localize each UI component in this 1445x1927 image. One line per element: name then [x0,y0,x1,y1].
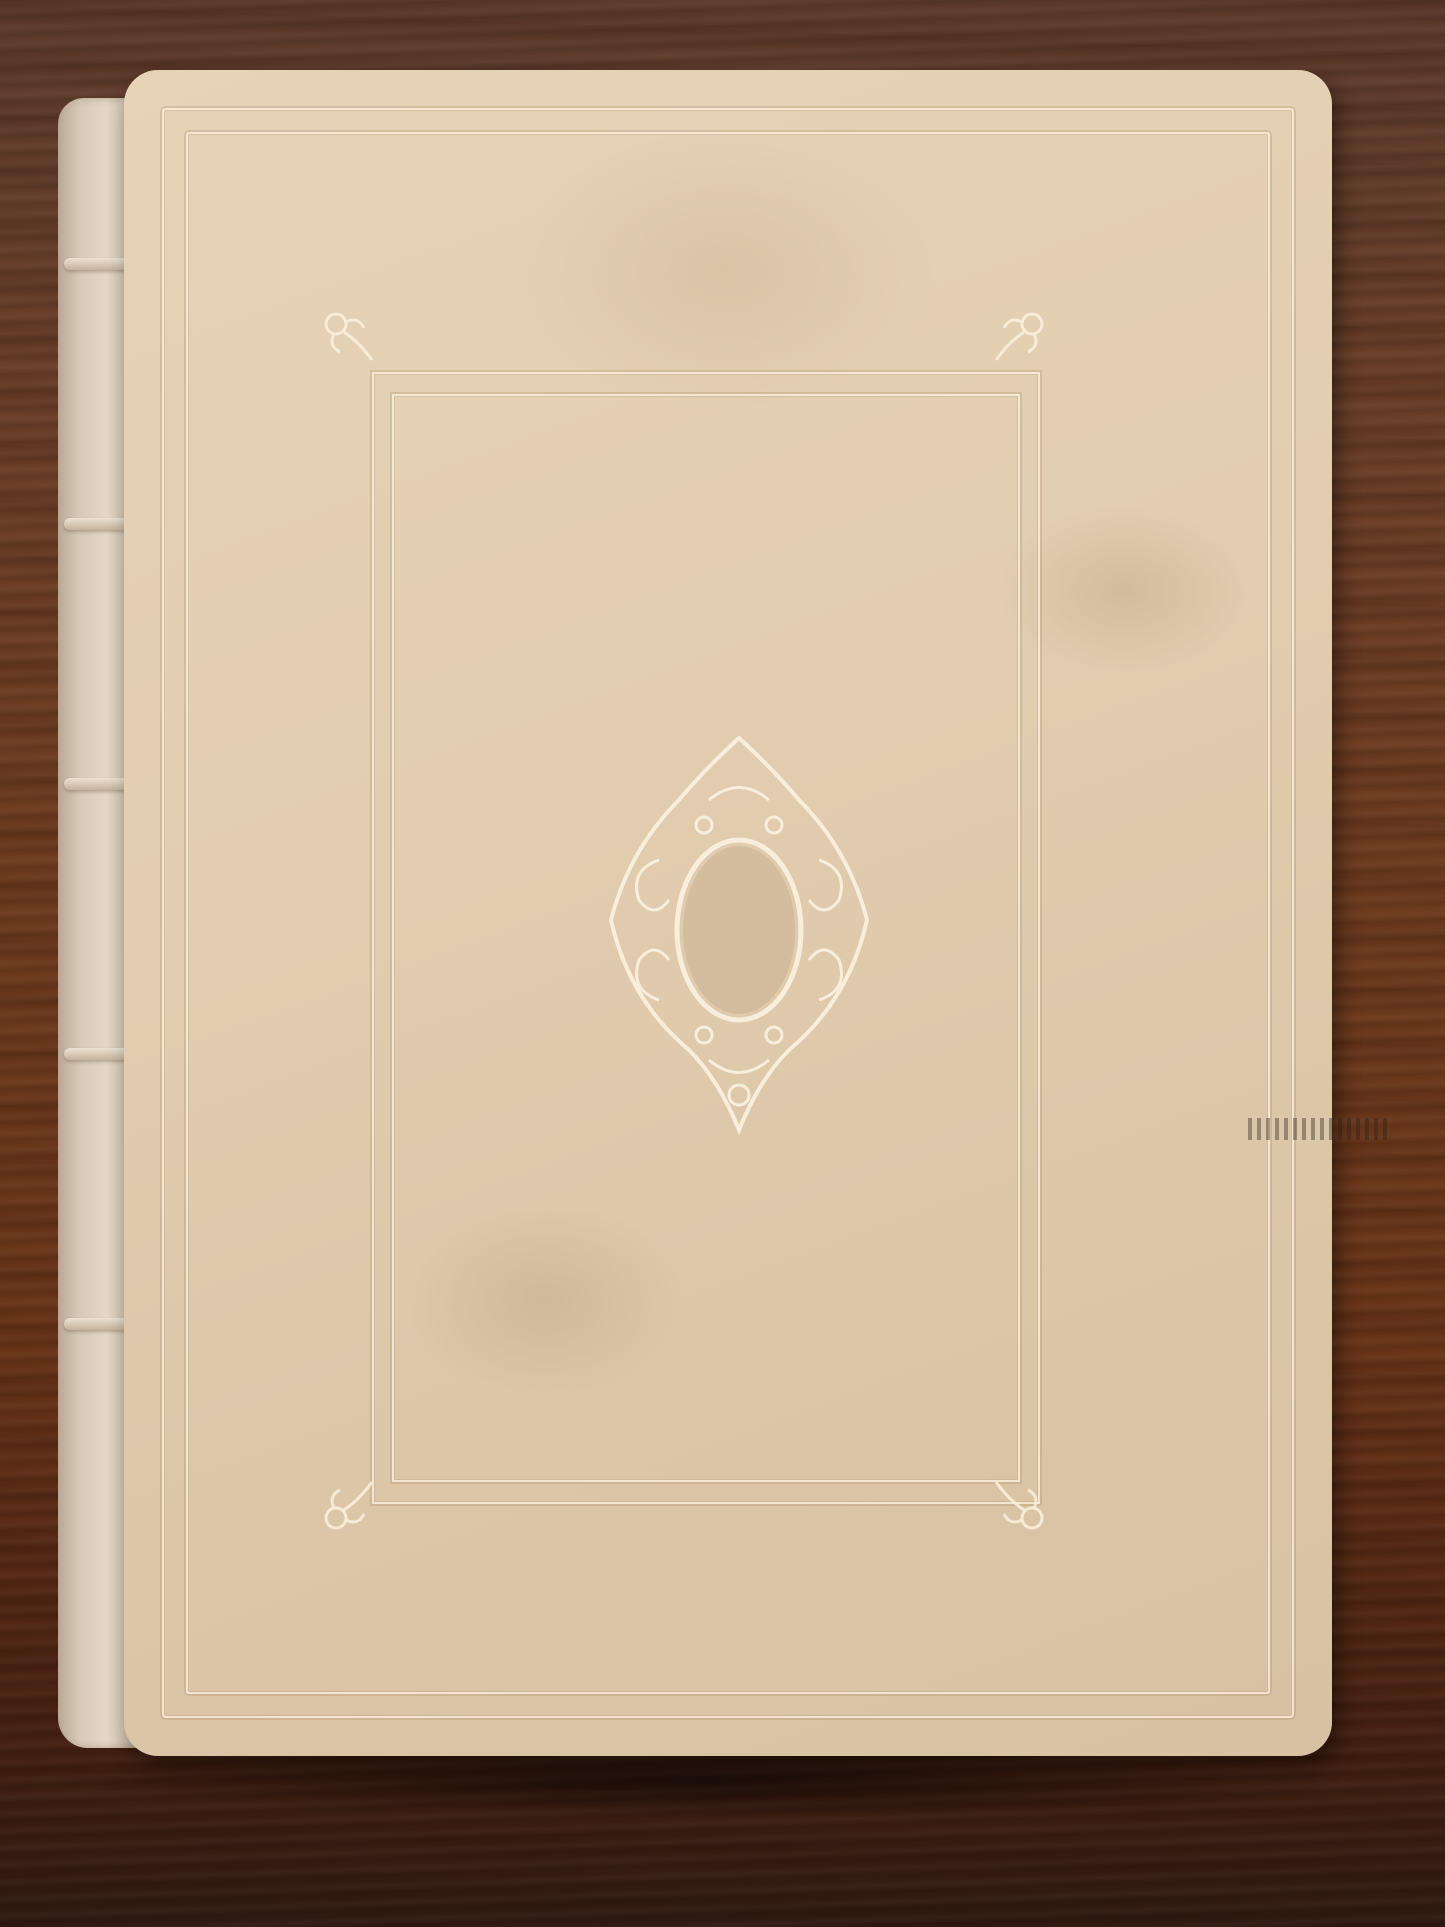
cartouche-ornament-icon [599,730,879,1140]
vellum-book [58,70,1333,1756]
fleuron-icon [984,1470,1054,1540]
ink-mark [1248,1118,1388,1140]
fleuron-icon [314,302,384,372]
book-cover [124,70,1332,1756]
fleuron-icon [314,1470,384,1540]
fleuron-icon [984,302,1054,372]
